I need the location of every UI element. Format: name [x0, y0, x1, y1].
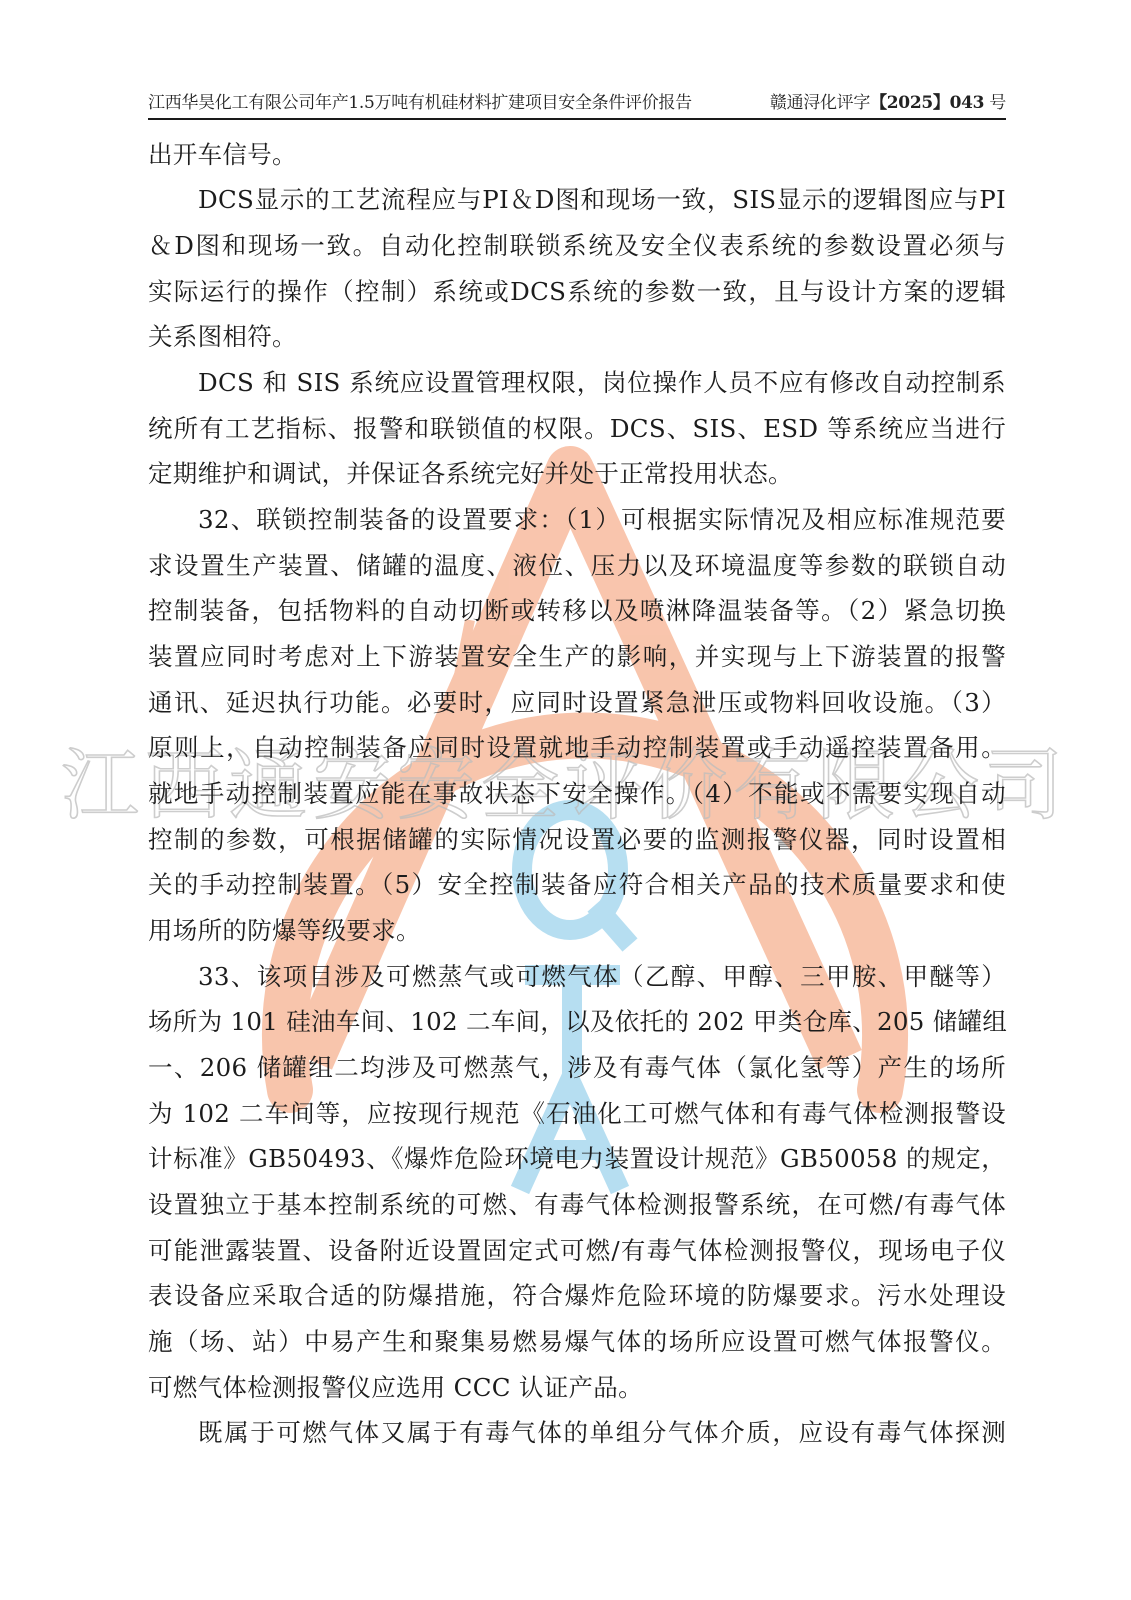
paragraph-line: 场所为 101 硅油车间、102 二车间，以及依托的 202 甲类仓库、205 …	[148, 1007, 1006, 1037]
document-page: 江西通安安全评价有限公司 江西华昊化工有限公司年产1.5万吨有机硅材料扩建项目安…	[0, 0, 1131, 1600]
paragraph-line: 可燃气体检测报警仪应选用 CCC 认证产品。	[148, 1373, 643, 1403]
header-divider	[148, 118, 1006, 120]
paragraph-line: 原则上，自动控制装备应同时设置就地手动控制装置或手动遥控装置备用。	[148, 733, 1006, 763]
paragraph-line: 控制装备，包括物料的自动切断或转移以及喷淋降温装备等。（2）紧急切换	[148, 596, 1006, 626]
paragraph-line: 实际运行的操作（控制）系统或DCS系统的参数一致，且与设计方案的逻辑	[148, 277, 1006, 307]
paragraph-line: 既属于可燃气体又属于有毒气体的单组分气体介质，应设有毒气体探测	[198, 1418, 1006, 1448]
paragraph-line: 就地手动控制装置应能在事故状态下安全操作。（4）不能或不需要实现自动	[148, 779, 1006, 809]
doc-number-num: 043	[950, 93, 985, 113]
paragraph-line: 控制的参数，可根据储罐的实际情况设置必要的监测报警仪器，同时设置相	[148, 825, 1006, 855]
paragraph-line: 求设置生产装置、储罐的温度、液位、压力以及环境温度等参数的联锁自动	[148, 551, 1006, 581]
paragraph-line: 施（场、站）中易产生和聚集易燃易爆气体的场所应设置可燃气体报警仪。	[148, 1327, 1006, 1357]
doc-number-prefix: 赣通浔化评字	[770, 93, 870, 113]
paragraph-line: DCS显示的工艺流程应与PI＆D图和现场一致，SIS显示的逻辑图应与PI	[198, 185, 1006, 215]
paragraph-line: 表设备应采取合适的防爆措施，符合爆炸危险环境的防爆要求。污水处理设	[148, 1281, 1006, 1311]
doc-number-suffix: 号	[989, 93, 1006, 113]
paragraph-line: 通讯、延迟执行功能。必要时，应同时设置紧急泄压或物料回收设施。（3）	[148, 688, 1006, 718]
paragraph-line: 用场所的防爆等级要求。	[148, 916, 421, 946]
paragraph-line: ＆D图和现场一致。自动化控制联锁系统及安全仪表系统的参数设置必须与	[148, 231, 1006, 261]
paragraph-line: 定期维护和调试，并保证各系统完好并处于正常投用状态。	[148, 459, 793, 489]
paragraph-line: 计标准》GB50493、《爆炸危险环境电力装置设计规范》GB50058 的规定，	[148, 1144, 1006, 1174]
page-header: 江西华昊化工有限公司年产1.5万吨有机硅材料扩建项目安全条件评价报告 赣通浔化评…	[148, 92, 1006, 118]
paragraph-line: 装置应同时考虑对上下游装置安全生产的影响，并实现与上下游装置的报警	[148, 642, 1006, 672]
paragraph-line: 出开车信号。	[148, 140, 297, 170]
paragraph-line: 为 102 二车间等，应按现行规范《石油化工可燃气体和有毒气体检测报警设	[148, 1099, 1006, 1129]
doc-number-year: 【2025】	[870, 93, 950, 113]
paragraph-line: DCS 和 SIS 系统应设置管理权限，岗位操作人员不应有修改自动控制系	[198, 368, 1006, 398]
paragraph-line: 统所有工艺指标、报警和联锁值的权限。DCS、SIS、ESD 等系统应当进行	[148, 414, 1006, 444]
paragraph-line: 可能泄露装置、设备附近设置固定式可燃/有毒气体检测报警仪，现场电子仪	[148, 1236, 1006, 1266]
paragraph-line: 关的手动控制装置。（5）安全控制装备应符合相关产品的技术质量要求和使	[148, 870, 1006, 900]
paragraph-line: 32、联锁控制装备的设置要求：（1）可根据实际情况及相应标准规范要	[198, 505, 1006, 535]
document-number: 赣通浔化评字【2025】043 号	[770, 92, 1006, 114]
report-title: 江西华昊化工有限公司年产1.5万吨有机硅材料扩建项目安全条件评价报告	[148, 92, 692, 114]
paragraph-line: 33、该项目涉及可燃蒸气或可燃气体（乙醇、甲醇、三甲胺、甲醚等）	[198, 962, 1006, 992]
paragraph-line: 关系图相符。	[148, 322, 297, 352]
paragraph-line: 一、206 储罐组二均涉及可燃蒸气，涉及有毒气体（氯化氢等）产生的场所	[148, 1053, 1006, 1083]
paragraph-line: 设置独立于基本控制系统的可燃、有毒气体检测报警系统，在可燃/有毒气体	[148, 1190, 1006, 1220]
